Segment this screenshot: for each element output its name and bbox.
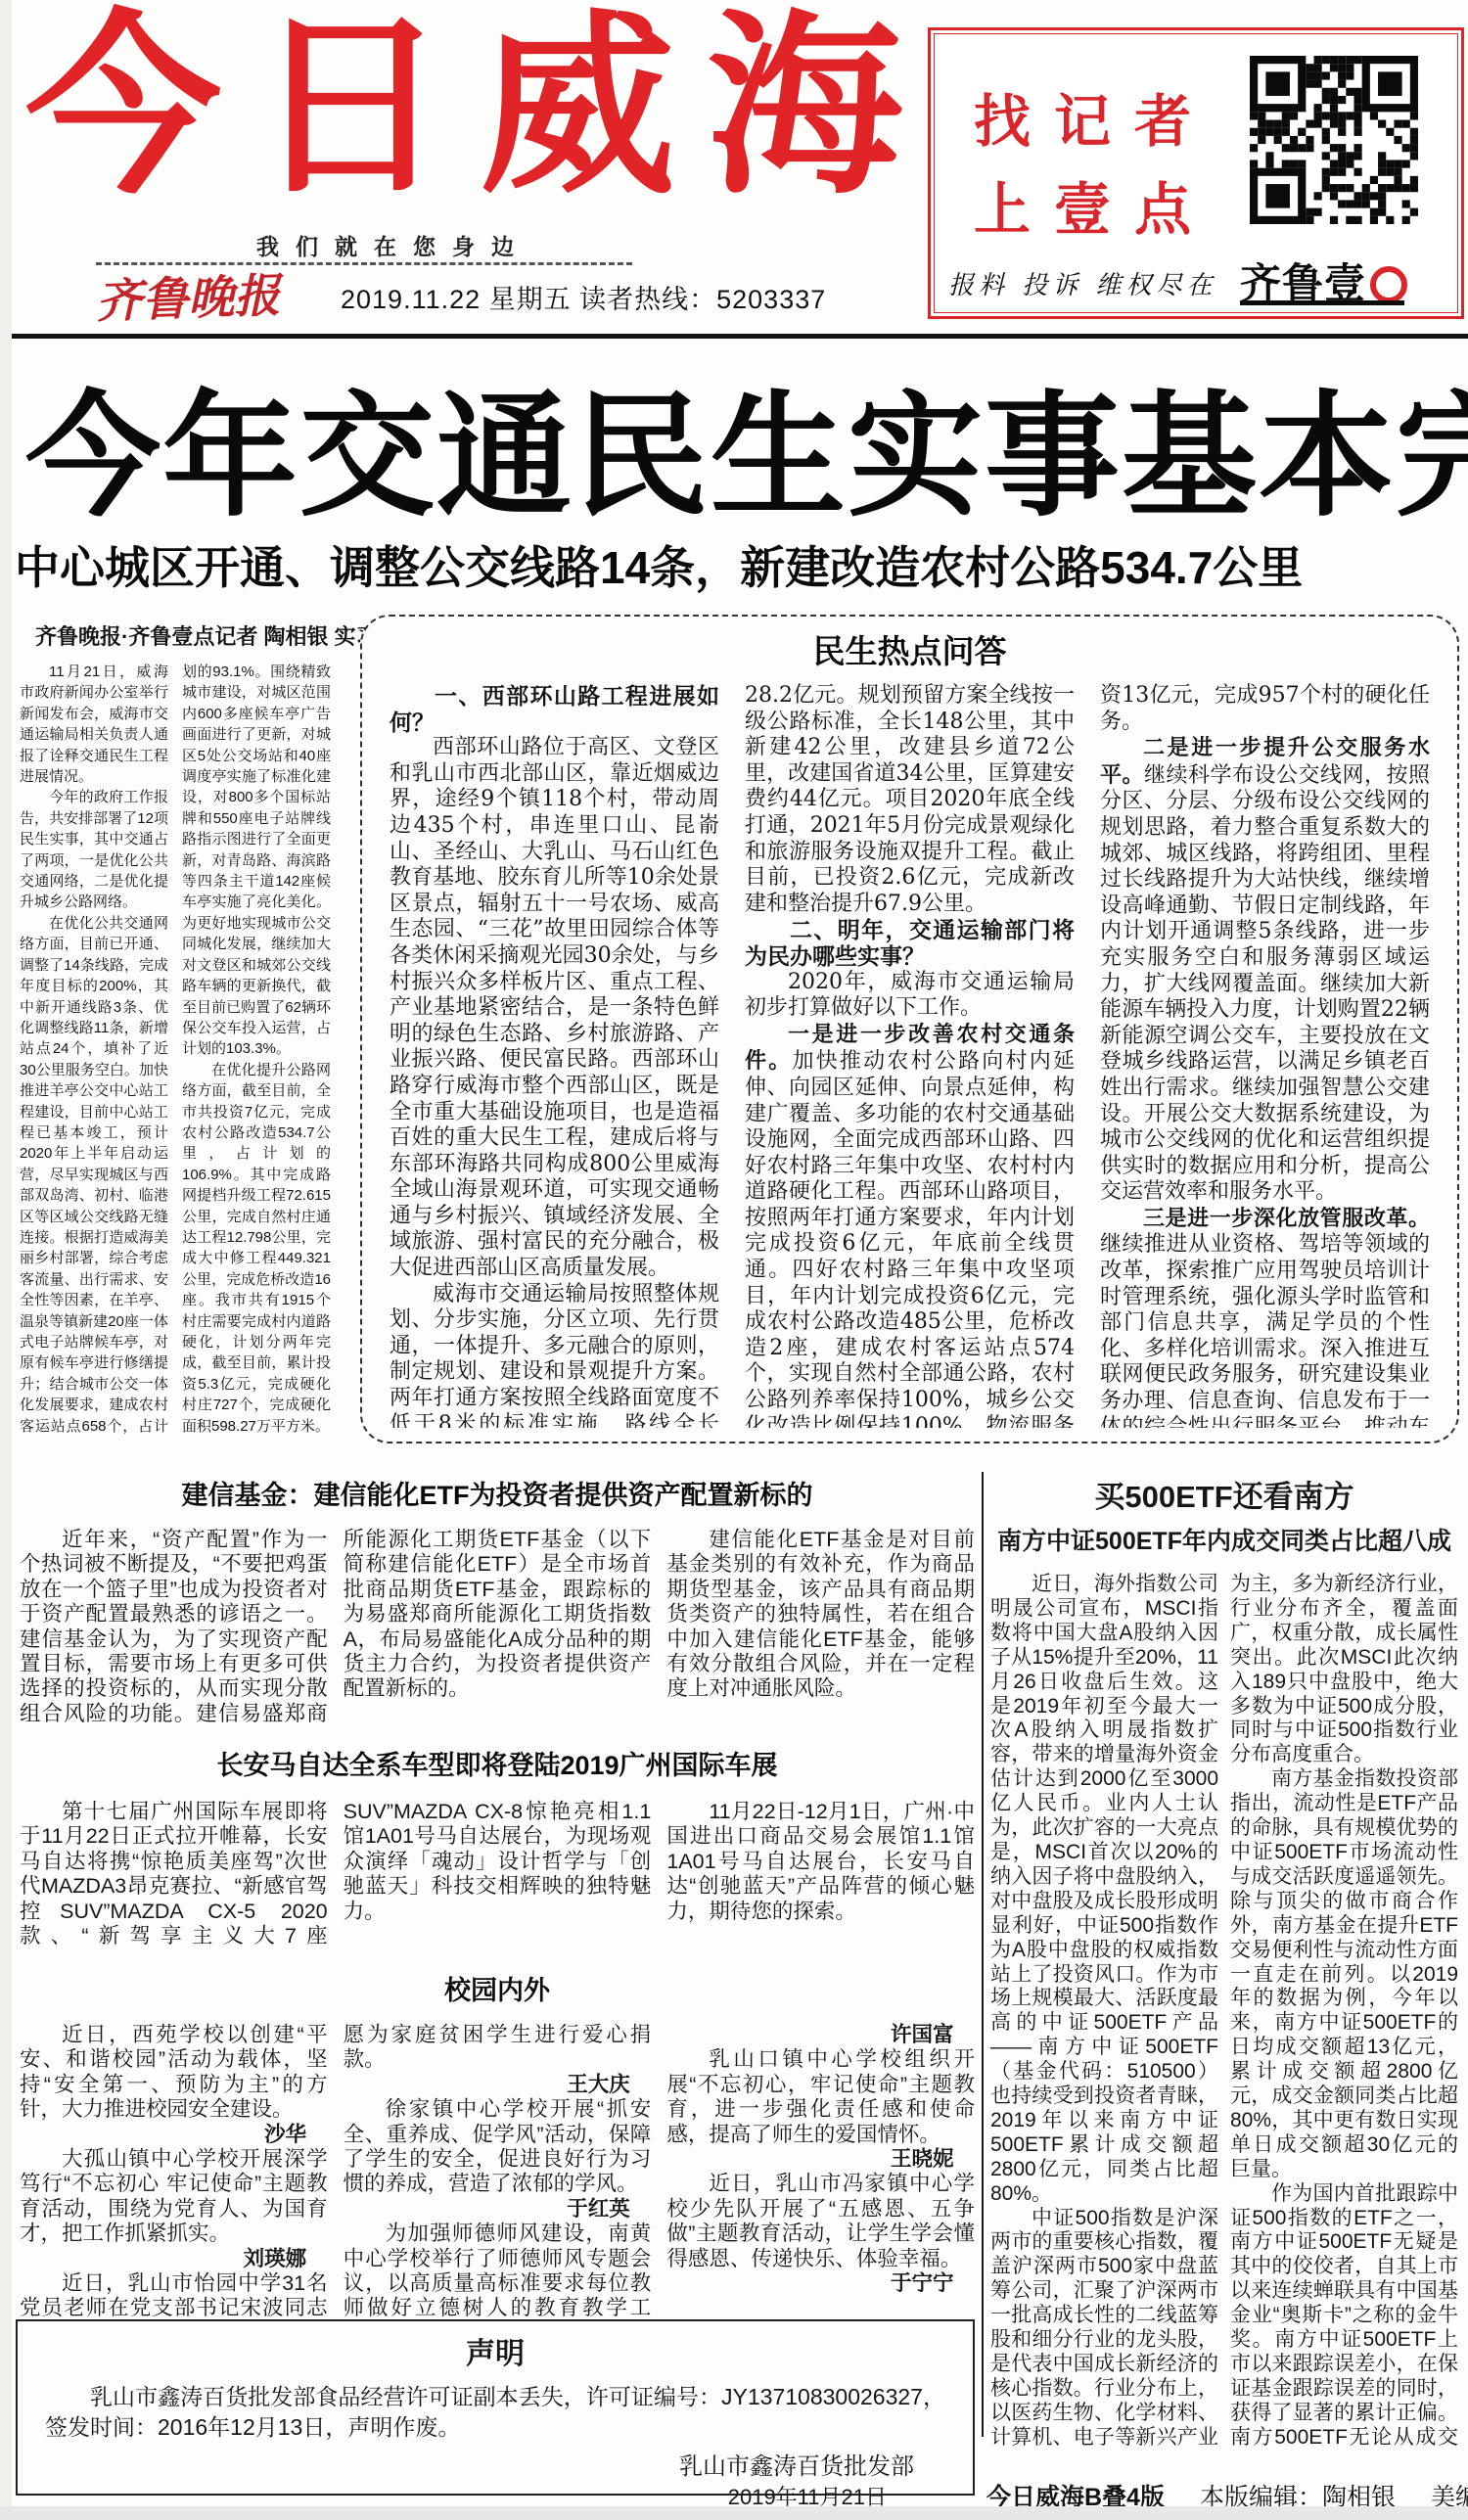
campus-columns: 近日，西苑学校以创建“平安、和谐校园”活动为载体，坚持“安全第一、预防为主”的方… xyxy=(20,2023,975,2356)
campus-item-text: 徐家镇中心学校开展“抓安全、重养成、促学风”活动，保障了学生的安全，促进良好行为… xyxy=(344,2097,652,2197)
brand-dot-icon xyxy=(1370,266,1407,303)
campus-item-text: 乳山口镇中心学校组织开展“不忘初心，牢记使命”主题教育，进一步强化责任感和使命感… xyxy=(666,2047,975,2147)
notice-body: 乳山市鑫涛百货批发部食品经营许可证副本丢失，许可证编号：JY1371083002… xyxy=(45,2382,945,2443)
promo-line1: 找记者 xyxy=(974,75,1215,158)
etf-headline-1: 买500ETF还看南方 xyxy=(990,1472,1458,1516)
qa-paragraph: 三是进一步深化放管服改革。继续推进从业资格、驾培等领域的改革，探索推广应用驾驶员… xyxy=(1100,1206,1430,1428)
masthead-slogan: 我们就在您身边 xyxy=(256,229,530,261)
etf-paragraph: 近日，海外指数公司明晟公司宣布，MSCI指数将中国大盘A股纳入因子从15%提升至… xyxy=(990,1573,1218,2207)
dateline: 2019.11.22 星期五 读者热线：5203337 xyxy=(341,278,826,316)
header-rule xyxy=(0,334,1468,339)
newspaper-page: 今日威海 我们就在您身边 齐鲁晚报 2019.11.22 星期五 读者热线：52… xyxy=(0,0,1468,2520)
campus-item-author: 王大庆 xyxy=(344,2073,652,2097)
qa-paragraph: 二是进一步提升公交服务水平。继续科学布设公交线网，按照分区、分层、分级布设公交线… xyxy=(1100,735,1430,1206)
promo-box-inner-border: 找记者 上壹点 报料 投诉 维权尽在 齐鲁壹 xyxy=(934,33,1458,313)
campus-item-author: 刘瑛娜 xyxy=(20,2247,328,2271)
etf-columns: 近日，海外指数公司明晟公司宣布，MSCI指数将中国大盘A股纳入因子从15%提升至… xyxy=(990,1573,1458,2453)
promo-line2: 上壹点 xyxy=(974,163,1215,246)
qa-paragraph-lead: 三是进一步深化放管服改革。 xyxy=(1143,1206,1430,1230)
campus-item-text: 大孤山镇中心学校开展深学笃行“不忘初心 牢记使命”主题教育活动，围绕为党育人、为… xyxy=(20,2147,328,2247)
auto-headline: 长安马自达全系车型即将登陆2019广州国际车展 xyxy=(20,1744,975,1782)
qa-box-columns: 一、西部环山路工程进展如何？ 西部环山路位于高区、文登区和乳山市西北部山区，靠近… xyxy=(390,683,1430,1428)
brand-underline xyxy=(1240,300,1404,305)
lead-story-columns: 11月21日，威海市政府新闻办公室举行新闻发布会，威海市交通运输局相关负责人通报… xyxy=(20,662,331,1462)
auto-paragraph: 11月22日-12月1日，广州·中国进出口商品交易会展馆1.1馆1A01号马自达… xyxy=(666,1800,975,1924)
qa-paragraph-rest: 继续推进从业资格、驾培等领域的改革，探索推广应用驾驶员培训计时管理系统，强化源头… xyxy=(1100,1232,1430,1428)
fund-columns: 近年来，“资产配置”作为一个热词被不断提及，“不要把鸡蛋放在一个篮子里”也成为投… xyxy=(20,1528,975,1735)
qa-paragraph: 西部环山路位于高区、文登区和乳山市西北部山区，靠近烟威边界，途经9个镇118个村… xyxy=(390,735,719,1281)
campus-item-author: 许国富 xyxy=(666,2023,975,2047)
campus-item-author: 沙华 xyxy=(20,2123,328,2147)
auto-columns: 第十七届广州国际车展即将于11月22日正式拉开帷幕，长安马自达将携“惊艳质美座驾… xyxy=(20,1800,975,1972)
story-paragraph: 今年的政府工作报告，共安排部署了12项民生实事，其中交通占了两项，一是优化公共交… xyxy=(20,787,168,912)
notice-box: 声明 乳山市鑫涛百货批发部食品经营许可证副本丢失，许可证编号：JY1371083… xyxy=(16,2319,975,2496)
fund-paragraph: 建信能化ETF基金是对目前基金类别的有效补充，作为商品期货型基金，该产品具有商品… xyxy=(666,1528,975,1702)
fund-article: 建信基金：建信能化ETF为投资者提供资产配置新标的 近年来，“资产配置”作为一个… xyxy=(20,1474,975,1735)
campus-item-text: 近日，西苑学校以创建“平安、和谐校园”活动为载体，坚持“安全第一、预防为主”的方… xyxy=(20,2023,328,2123)
qa-paragraph: 2020年，威海市交通运输局初步打算做好以下工作。 xyxy=(745,970,1075,1022)
qa-paragraph-rest: 继续科学布设公交线网，按照分区、分层、分级布设公交线网的规划思路，着力整合重复系… xyxy=(1100,763,1430,1205)
promo-box: 找记者 上壹点 报料 投诉 维权尽在 齐鲁壹 xyxy=(928,27,1464,319)
auto-paragraph: 第十七届广州国际车展即将于11月22日正式拉开帷幕，长安马自达将携“惊艳质美座驾… xyxy=(20,1800,651,1948)
qa-question: 二、明年，交通运输部门将为民办哪些实事？ xyxy=(745,917,1075,969)
qa-question: 一、西部环山路工程进展如何？ xyxy=(390,683,719,735)
promo-tagline: 报料 投诉 维权尽在 xyxy=(948,265,1217,301)
story-paragraph: 在优化提升公路网络方面，截至目前，全市共投资7亿元，完成农村公路改造534.7公… xyxy=(182,1060,331,1437)
page-left-edge xyxy=(0,0,12,2520)
etf-paragraph: 南方基金指数投资部指出，流动性是ETF产品的命脉，具有规模优势的中证500ETF… xyxy=(1230,1767,1458,2181)
etf-article: 买500ETF还看南方 南方中证500ETF年内成交同类占比超八成 近日，海外指… xyxy=(990,1472,1458,2453)
campus-section: 校园内外 近日，西苑学校以创建“平安、和谐校园”活动为载体，坚持“安全第一、预防… xyxy=(20,1969,975,2356)
campus-item-author: 于宁宁 xyxy=(666,2271,975,2296)
auto-article: 长安马自达全系车型即将登陆2019广州国际车展 第十七届广州国际车展即将于11月… xyxy=(20,1744,975,1972)
campus-item-text: 近日，乳山市冯家镇中心学校少先队开展了“五感恩、五争做”主题教育活动，让学生学会… xyxy=(666,2172,975,2271)
qr-code-icon xyxy=(1250,56,1418,224)
story-paragraph: 11月21日，威海市政府新闻办公室举行新闻发布会，威海市交通运输局相关负责人通报… xyxy=(20,662,168,787)
qa-box: 民生热点问答 一、西部环山路工程进展如何？ 西部环山路位于高区、文登区和乳山市西… xyxy=(360,615,1459,1443)
notice-signature: 乳山市鑫涛百货批发部 xyxy=(18,2447,914,2481)
campus-item-author: 王晓妮 xyxy=(666,2147,975,2172)
page-bottom-edge xyxy=(0,2506,1468,2520)
paper-logo: 齐鲁晚报 xyxy=(95,259,281,332)
campus-title: 校园内外 xyxy=(20,1969,975,2007)
fund-headline: 建信基金：建信能化ETF为投资者提供资产配置新标的 xyxy=(20,1474,975,1512)
vertical-divider xyxy=(982,1472,984,2437)
lead-subhead: 中心城区开通、调整公交线路14条，新建改造农村公路534.7公里 xyxy=(15,532,1303,597)
fund-paragraph: 近年来，“资产配置”作为一个热词被不断提及，“不要把鸡蛋放在一个篮子里”也成为投… xyxy=(20,1528,651,1726)
etf-headline-2: 南方中证500ETF年内成交同类占比超八成 xyxy=(990,1522,1458,1557)
masthead-title: 今日威海 xyxy=(25,8,934,207)
campus-item-author: 于红英 xyxy=(344,2197,652,2222)
lead-headline: 今年交通民生实事基本完成 xyxy=(25,348,1468,542)
notice-title: 声明 xyxy=(18,2329,973,2372)
qa-box-title: 民生热点问答 xyxy=(362,626,1457,672)
